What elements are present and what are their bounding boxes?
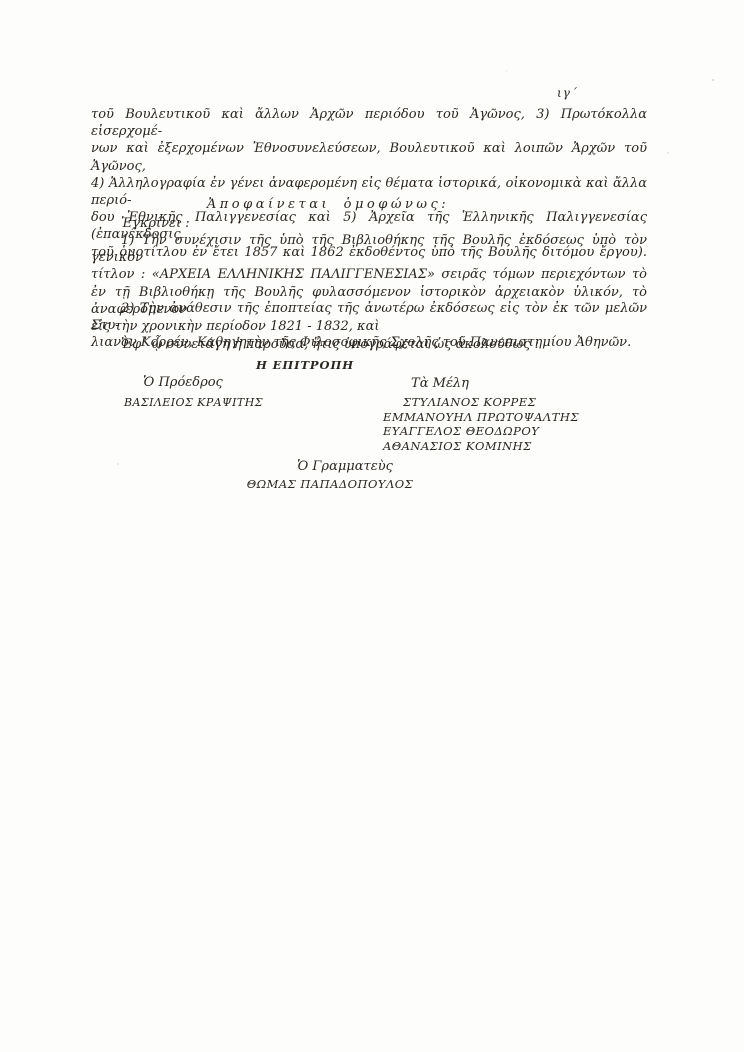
scan-speck [712,79,714,81]
committee-title: Η ΕΠΙΤΡΟΠΗ [256,358,354,372]
scanned-document-page: ιγ´ τοῦ Βουλευτικοῦ καὶ ἄλλων Ἀρχῶν περι… [0,0,744,1052]
member-name: ΣΤΥΛΙΑΝΟΣ ΚΟΡΡΕΣ [383,395,579,410]
members-name-list: ΣΤΥΛΙΑΝΟΣ ΚΟΡΡΕΣΕΜΜΑΝΟΥΗΛ ΠΡΩΤΟΨΑΛΤΗΣΕΥΑ… [383,395,579,453]
decision-heading: Ἀποφαίνεται ὁμοφώνως: [207,197,449,212]
closing-line: Ἐφ᾽ ᾧ συνετάγη ἡ παροῦσα, ἥτις ὑπογράφετ… [121,337,539,352]
scan-speck [506,70,507,72]
president-label: Ὁ Πρόεδρος [143,375,223,390]
member-name: ΑΘΑΝΑΣΙΟΣ ΚΟΜΙΝΗΣ [383,439,579,454]
approves-label: Ἐγκρίνει : [121,216,190,231]
members-label: Τὰ Μέλη [411,376,469,391]
text-line: 2) Τὴν ἀνάθεσιν τῆς ἐποπτείας τῆς ἀνωτέρ… [91,300,647,334]
text-line: τίτλον : «ΑΡΧΕΙΑ ΕΛΛΗΝΙΚΗΣ ΠΑΛΙΓΓΕΝΕΣΙΑΣ… [91,266,647,283]
president-name: ΒΑΣΙΛΕΙΟΣ ΚΡΑΨΙΤΗΣ [124,396,263,409]
secretary-label: Ὁ Γραμματεὺς [297,459,393,474]
scan-speck [117,463,119,465]
member-name: ΕΥΑΓΓΕΛΟΣ ΘΕΟΔΩΡΟΥ [383,424,579,439]
text-line: 1) Τὴν συνέχισιν τῆς ὑπὸ τῆς Βιβλιοθήκης… [91,232,647,266]
scan-speck [667,152,669,154]
secretary-name: ΘΩΜΑΣ ΠΑΠΑΔΟΠΟΥΛΟΣ [247,477,413,491]
text-line: νων καὶ ἐξερχομένων Ἐθνοσυνελεύσεων, Βου… [91,140,647,174]
text-line: τοῦ Βουλευτικοῦ καὶ ἄλλων Ἀρχῶν περιόδου… [91,106,647,140]
page-number: ιγ´ [557,86,578,100]
member-name: ΕΜΜΑΝΟΥΗΛ ΠΡΩΤΟΨΑΛΤΗΣ [383,410,579,425]
